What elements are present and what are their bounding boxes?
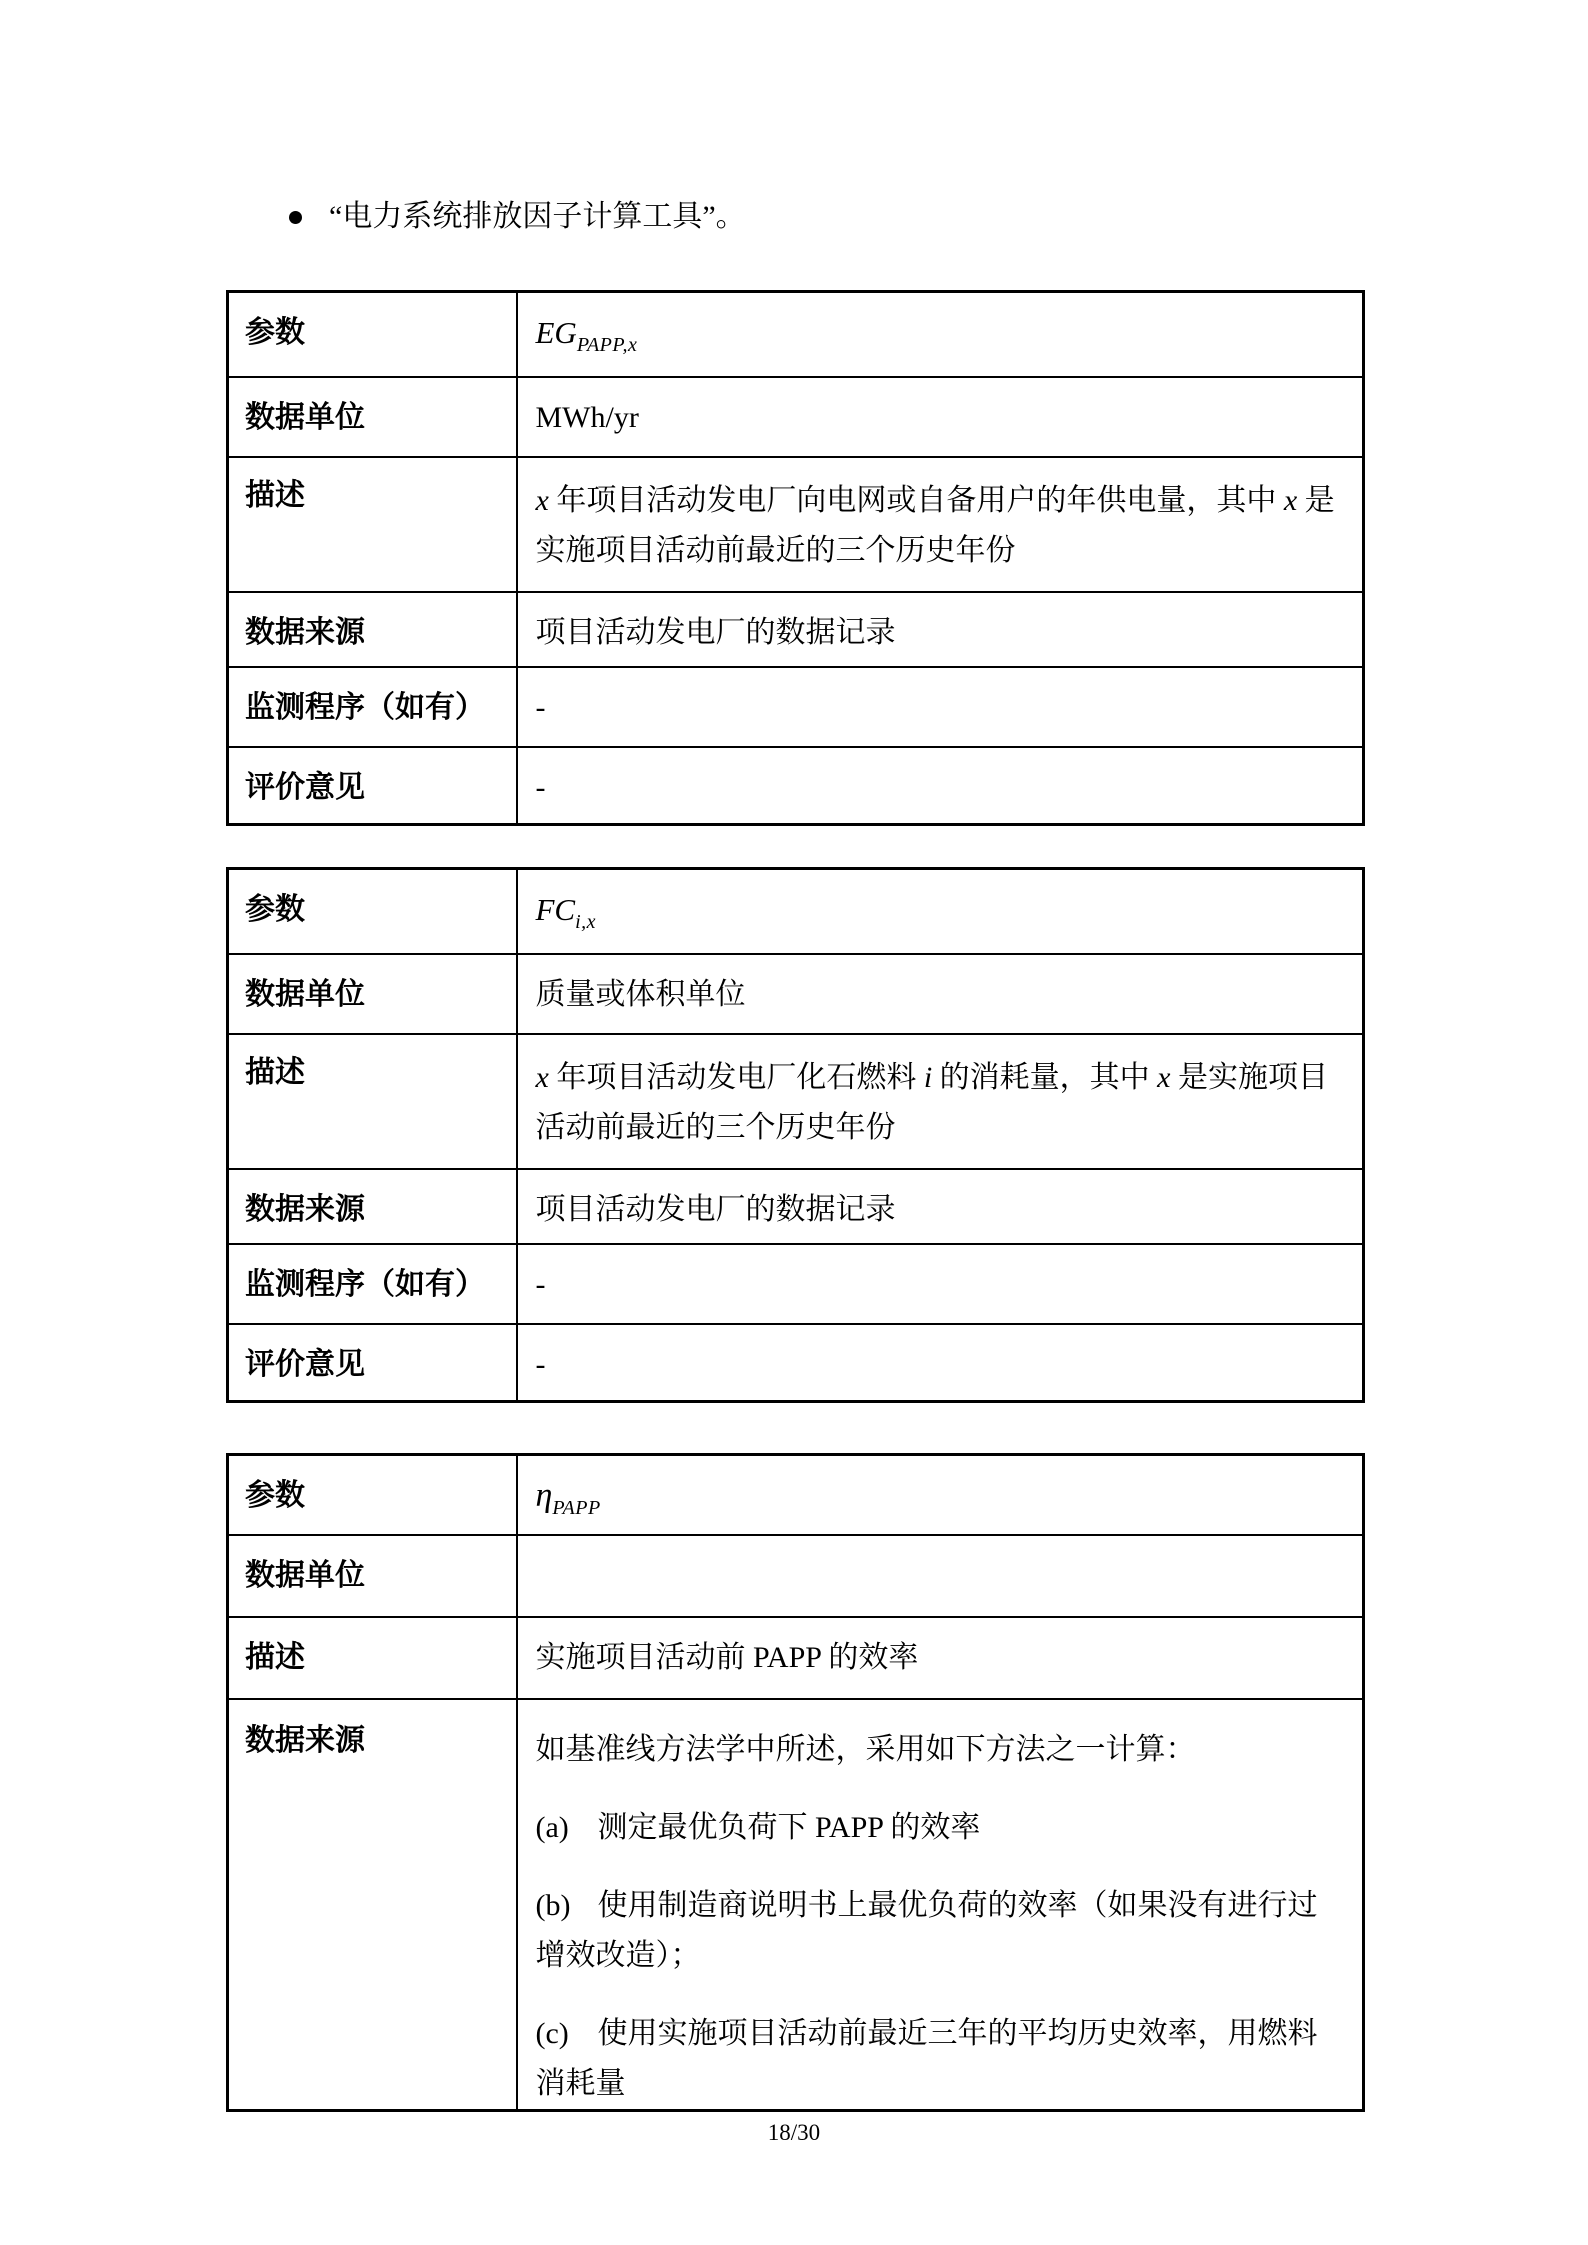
row-value: - [517, 667, 1364, 747]
table-row: 数据单位 [228, 1535, 1364, 1617]
table-row: 数据单位 质量或体积单位 [228, 954, 1364, 1034]
row-value: MWh/yr [517, 377, 1364, 457]
table-row: 参数 ηPAPP [228, 1455, 1364, 1535]
row-value: - [517, 747, 1364, 825]
table-row: 参数 FCi,x [228, 869, 1364, 954]
row-label: 数据单位 [228, 377, 517, 457]
table-row: 监测程序（如有） - [228, 1244, 1364, 1324]
bullet-icon [289, 211, 302, 224]
row-label: 监测程序（如有） [228, 1244, 517, 1324]
parameter-symbol: η [536, 1477, 553, 1514]
table-row: 描述 实施项目活动前 PAPP 的效率 [228, 1617, 1364, 1699]
row-label: 数据来源 [228, 1699, 517, 2111]
bullet-text: “电力系统排放因子计算工具”。 [329, 200, 746, 233]
row-label: 描述 [228, 457, 517, 592]
parameter-table-eta: 参数 ηPAPP 数据单位 描述 实施项目活动前 PAPP 的效率 数据来源 如… [226, 1453, 1365, 2112]
table-row: 参数 EGPAPP,x [228, 292, 1364, 377]
row-value: - [517, 1324, 1364, 1402]
row-label: 监测程序（如有） [228, 667, 517, 747]
page-number: 18/30 [0, 2120, 1588, 2146]
table-row: 数据来源 项目活动发电厂的数据记录 [228, 592, 1364, 667]
table-row: 评价意见 - [228, 747, 1364, 825]
row-label: 评价意见 [228, 1324, 517, 1402]
table-row: 数据单位 MWh/yr [228, 377, 1364, 457]
row-label: 参数 [228, 1455, 517, 1535]
table-row: 数据来源 如基准线方法学中所述，采用如下方法之一计算： (a)测定最优负荷下 P… [228, 1699, 1364, 2111]
parameter-subscript: PAPP,x [577, 334, 638, 356]
parameter-subscript: PAPP [552, 1497, 600, 1519]
row-value: EGPAPP,x [517, 292, 1364, 377]
parameter-table-fc: 参数 FCi,x 数据单位 质量或体积单位 描述 x 年项目活动发电厂化石燃料 … [226, 867, 1365, 1403]
row-label: 描述 [228, 1617, 517, 1699]
row-value: FCi,x [517, 869, 1364, 954]
source-intro: 如基准线方法学中所述，采用如下方法之一计算： [536, 1725, 1341, 1775]
parameter-table-eg: 参数 EGPAPP,x 数据单位 MWh/yr 描述 x 年项目活动发电厂向电网… [226, 290, 1365, 826]
table-row: 监测程序（如有） - [228, 667, 1364, 747]
row-label: 参数 [228, 869, 517, 954]
row-label: 参数 [228, 292, 517, 377]
row-value: 质量或体积单位 [517, 954, 1364, 1034]
table-row: 描述 x 年项目活动发电厂化石燃料 i 的消耗量，其中 x 是实施项目活动前最近… [228, 1034, 1364, 1169]
row-value: - [517, 1244, 1364, 1324]
bullet-item: “电力系统排放因子计算工具”。 [289, 199, 746, 235]
row-value [517, 1535, 1364, 1617]
row-label: 数据单位 [228, 954, 517, 1034]
row-value: x 年项目活动发电厂化石燃料 i 的消耗量，其中 x 是实施项目活动前最近的三个… [517, 1034, 1364, 1169]
row-value: 项目活动发电厂的数据记录 [517, 1169, 1364, 1244]
row-value: x 年项目活动发电厂向电网或自备用户的年供电量，其中 x 是实施项目活动前最近的… [517, 457, 1364, 592]
parameter-symbol: FC [536, 892, 576, 927]
row-label: 数据来源 [228, 592, 517, 667]
document-page: “电力系统排放因子计算工具”。 参数 EGPAPP,x 数据单位 MWh/yr … [0, 0, 1588, 2245]
row-label: 评价意见 [228, 747, 517, 825]
row-value: ηPAPP [517, 1455, 1364, 1535]
row-label: 描述 [228, 1034, 517, 1169]
parameter-subscript: i,x [575, 911, 596, 933]
table-row: 描述 x 年项目活动发电厂向电网或自备用户的年供电量，其中 x 是实施项目活动前… [228, 457, 1364, 592]
row-value: 实施项目活动前 PAPP 的效率 [517, 1617, 1364, 1699]
row-value: 如基准线方法学中所述，采用如下方法之一计算： (a)测定最优负荷下 PAPP 的… [517, 1699, 1364, 2111]
source-item-c: (c)使用实施项目活动前最近三年的平均历史效率，用燃料消耗量 [536, 2009, 1341, 2109]
source-item-b: (b)使用制造商说明书上最优负荷的效率（如果没有进行过增效改造）； [536, 1881, 1341, 1981]
parameter-symbol: EG [536, 315, 577, 350]
table-row: 评价意见 - [228, 1324, 1364, 1402]
row-label: 数据来源 [228, 1169, 517, 1244]
row-value: 项目活动发电厂的数据记录 [517, 592, 1364, 667]
table-row: 数据来源 项目活动发电厂的数据记录 [228, 1169, 1364, 1244]
row-label: 数据单位 [228, 1535, 517, 1617]
source-item-a: (a)测定最优负荷下 PAPP 的效率 [536, 1803, 1341, 1853]
